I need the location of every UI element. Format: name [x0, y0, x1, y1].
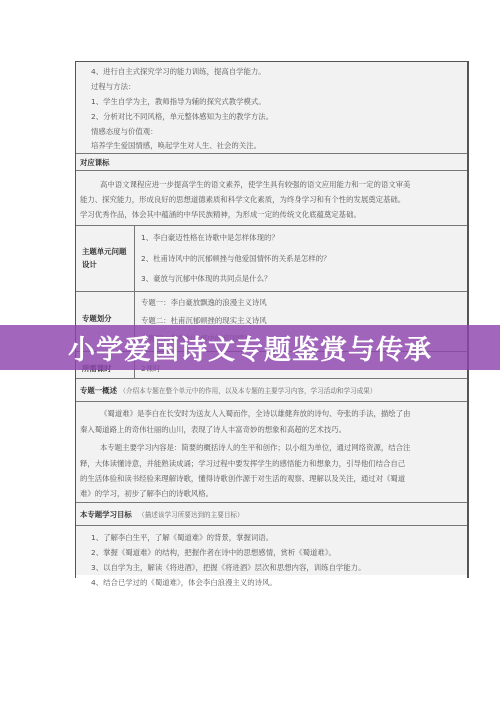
banner-title: 小学爱国诗文专题鉴赏与传承	[68, 328, 432, 367]
attitude-heading: 情感态度与价值观：	[91, 128, 158, 135]
goal-item: 1、了解李白生平，了解《蜀道难》的背景，掌握词语。	[91, 534, 273, 541]
title-banner: 小学爱国诗文专题鉴赏与传承	[0, 325, 500, 370]
unit-questions-label: 主题单元问题	[82, 245, 126, 258]
curriculum-line: 高中语文课程应进一步提高学生的语文素养，使学生具有较强的语文应用能力和一定的语文…	[100, 181, 410, 188]
curriculum-line: 能力、探究能力，形成良好的思想道德素质和科学文化素质，为终身学习和有个性的发展奠…	[80, 196, 405, 203]
question-item: 2、杜甫诗风中的沉郁顿挫与他爱国情怀的关系是怎样的？	[141, 255, 330, 262]
unit-questions-label-cell: 主题单元问题 设计	[76, 226, 135, 291]
unit-questions-row: 主题单元问题 设计 1、李白豪迈性格在诗歌中是怎样体现的？ 2、杜甫诗风中的沉郁…	[76, 226, 467, 292]
goals-heading-row: 本专题学习目标 （描述该学习所要达到的主要目标）	[76, 503, 467, 526]
goals-heading: 本专题学习目标	[80, 510, 132, 519]
objectives-row: 4、进行自主式探究学习的能力训练，提高自学能力。 过程与方法： 1、学生自学为主…	[76, 62, 467, 154]
unit-questions-content: 1、李白豪迈性格在诗歌中是怎样体现的？ 2、杜甫诗风中的沉郁顿挫与他爱国情怀的关…	[135, 226, 467, 291]
goals-note: （描述该学习所要达到的主要目标）	[138, 511, 244, 519]
method-line: 1、学生自学为主，教师指导为辅的探究式教学模式。	[91, 98, 266, 105]
goal-item: 3、以自学为主，解读《将进酒》，把握《将进酒》层次和思想内容，训练自学能力。	[91, 564, 365, 571]
overview-note: （介绍本专题在整个单元中的作用，以及本专题的主要学习内容，学习活动和学习成果）	[119, 387, 376, 395]
goal-item: 2、掌握《蜀道难》的结构，把握作者在诗中的思想感情，赏析《蜀道难》。	[91, 549, 336, 556]
curriculum-heading: 对应课标	[80, 159, 110, 166]
unit-questions-label: 设计	[82, 258, 97, 271]
lesson-plan-table: 4、进行自主式探究学习的能力训练，提高自学能力。 过程与方法： 1、学生自学为主…	[75, 61, 469, 578]
goals-content-row: 1、了解李白生平，了解《蜀道难》的背景，掌握词语。 2、掌握《蜀道难》的结构，把…	[76, 526, 467, 576]
overview-heading-line: 专题一概述 （介绍本专题在整个单元中的作用，以及本专题的主要学习内容，学习活动和…	[80, 387, 376, 395]
goals-heading-line: 本专题学习目标 （描述该学习所要达到的主要目标）	[80, 511, 244, 519]
overview-line: 释，大体读懂诗意，并能熟读成诵；学习过程中要发挥学生的感悟能力和想象力，引导他们…	[80, 460, 405, 467]
goal-item: 4、结合已学过的《蜀道难》，体会李白浪漫主义的诗风。	[91, 579, 277, 586]
question-item: 1、李白豪迈性格在诗歌中是怎样体现的？	[141, 234, 279, 241]
topic-item: 专题一：李白豪放飘逸的浪漫主义诗风	[141, 299, 267, 306]
topic-division-label: 专题划分	[82, 312, 112, 325]
attitude-line: 培养学生爱国情感，唤起学生对人生、社会的关注。	[91, 142, 261, 149]
overview-line: 的生活体验和读书经验来理解诗歌，懂得诗歌创作源于对生活的观察、理解以及关注，通过…	[80, 475, 405, 482]
topic-item: 专题二：杜甫沉郁顿挫的现实主义诗风	[141, 317, 267, 324]
overview-heading: 专题一概述	[80, 386, 117, 395]
curriculum-content-row: 高中语文课程应进一步提高学生的语文素养，使学生具有较强的语文应用能力和一定的语文…	[76, 171, 467, 226]
question-item: 3、豪放与沉郁中体现的共同点是什么？	[141, 275, 271, 282]
overview-line: 《蜀道难》是李白在长安时为送友人入蜀而作，全诗以雄健奔放的诗句、夸张的手法，描绘…	[100, 410, 410, 417]
method-line: 2、分析对比不同风格，单元整体感知为主的教学方法。	[91, 113, 273, 120]
objective-line: 4、进行自主式探究学习的能力训练，提高自学能力。	[91, 68, 266, 75]
overview-line: 本专题主要学习内容是：简要的概括诗人的生平和创作；以小组为单位，通过网络资源，结…	[100, 444, 410, 451]
overview-line: 秦入蜀道路上的奇伟壮丽的山川，表现了诗人丰富奇妙的想象和高超的艺术技巧。	[80, 426, 346, 433]
overview-heading-row: 专题一概述 （介绍本专题在整个单元中的作用，以及本专题的主要学习内容，学习活动和…	[76, 379, 467, 402]
overview-content-row: 《蜀道难》是李白在长安时为送友人入蜀而作，全诗以雄健奔放的诗句、夸张的手法，描绘…	[76, 402, 467, 503]
curriculum-heading-row: 对应课标	[76, 154, 467, 171]
curriculum-line: 学习优秀作品，体会其中蕴涵的中华民族精神，为形成一定的传统文化底蕴奠定基础。	[80, 211, 361, 218]
process-method-heading: 过程与方法：	[91, 83, 135, 90]
overview-line: 难》的学习，初步了解李白的诗歌风格。	[80, 490, 213, 497]
